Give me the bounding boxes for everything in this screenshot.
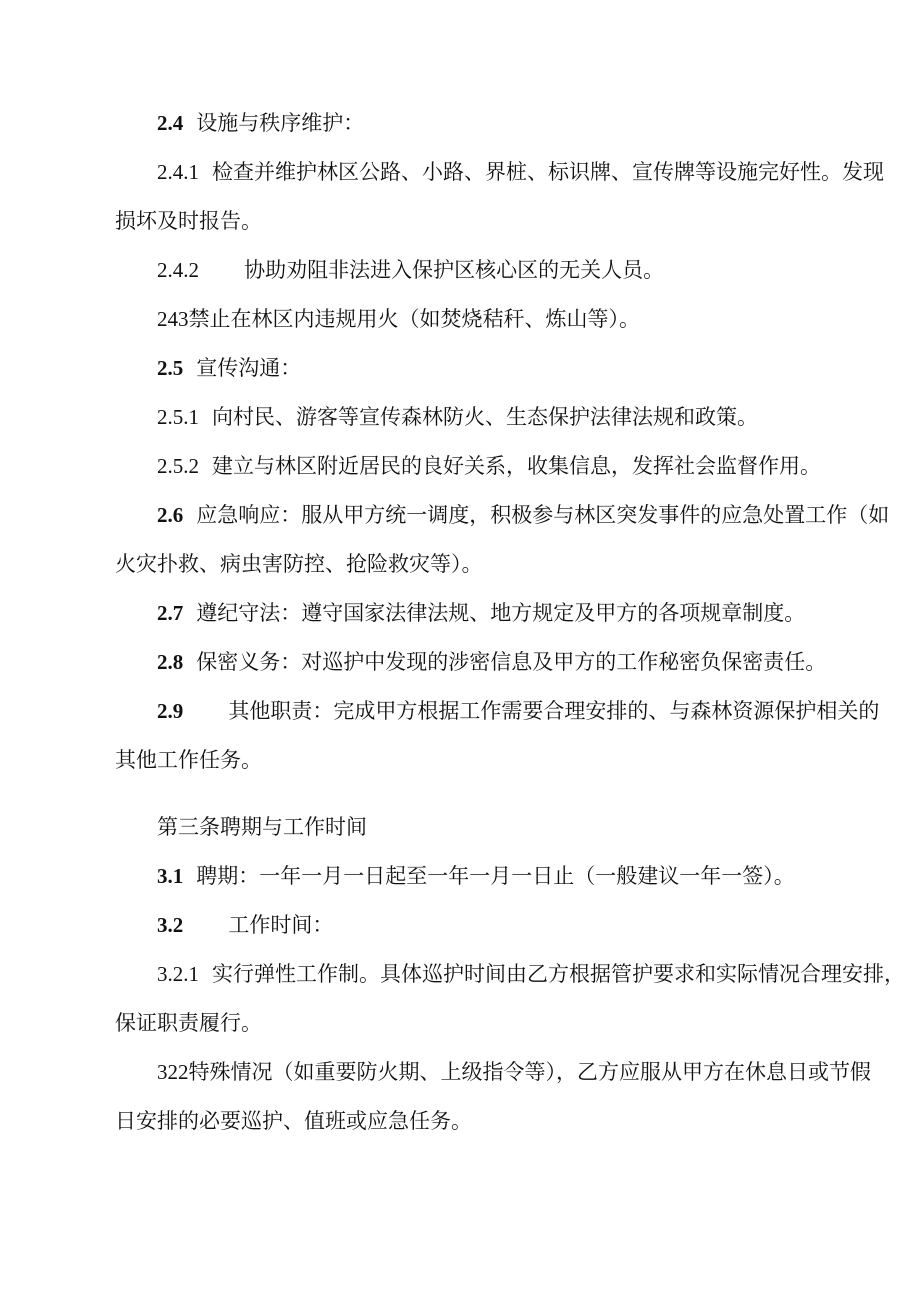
line-text: 应急响应：服从甲方统一调度，积极参与林区突发事件的应急处置工作（如 — [196, 503, 889, 527]
item-number: 2.5.2 — [157, 442, 199, 491]
item-number: 2.8 — [157, 638, 183, 687]
item-number: 2.6 — [157, 491, 183, 540]
line-text: 向村民、游客等宣传森林防火、生态保护法律法规和政策。 — [212, 405, 758, 429]
line-text: 检查并维护林区公路、小路、界桩、标识牌、宣传牌等设施完好性。发现 — [212, 160, 884, 184]
line-text: 322特殊情况（如重要防火期、上级指令等），乙方应服从甲方在休息日或节假 — [157, 1060, 871, 1084]
text-line: 243禁止在林区内违规用火（如焚烧秸秆、炼山等）。 — [115, 295, 875, 344]
line-text: 遵纪守法：遵守国家法律法规、地方规定及甲方的各项规章制度。 — [196, 601, 805, 625]
text-line: 2.9其他职责：完成甲方根据工作需要合理安排的、与森林资源保护相关的 — [115, 687, 875, 736]
text-line: 损坏及时报告。 — [115, 197, 875, 246]
line-text: 实行弹性工作制。具体巡护时间由乙方根据管护要求和实际情况合理安排， — [212, 962, 905, 986]
line-text: 工作时间： — [228, 913, 333, 937]
item-number: 2.5 — [157, 344, 183, 393]
text-line: 322特殊情况（如重要防火期、上级指令等），乙方应服从甲方在休息日或节假 — [115, 1048, 875, 1097]
line-text: 其他职责：完成甲方根据工作需要合理安排的、与森林资源保护相关的 — [228, 699, 879, 723]
item-number: 2.4.2 — [157, 246, 199, 295]
text-line: 2.5.1向村民、游客等宣传森林防火、生态保护法律法规和政策。 — [115, 393, 875, 442]
document-background: { "document": { "background_color": "#ff… — [0, 0, 920, 1301]
text-line: 2.7遵纪守法：遵守国家法律法规、地方规定及甲方的各项规章制度。 — [115, 589, 875, 638]
item-number: 3.1 — [157, 852, 183, 901]
section-heading-text: 第三条聘期与工作时间 — [157, 815, 367, 839]
text-line: 日安排的必要巡护、值班或应急任务。 — [115, 1097, 875, 1146]
line-text: 建立与林区附近居民的良好关系，收集信息，发挥社会监督作用。 — [212, 454, 821, 478]
text-line: 2.4.2协助劝阻非法进入保护区核心区的无关人员。 — [115, 246, 875, 295]
line-text: 火灾扑救、病虫害防控、抢险救灾等）。 — [115, 552, 483, 576]
document-page: 2.4设施与秩序维护：2.4.1检查并维护林区公路、小路、界桩、标识牌、宣传牌等… — [0, 0, 920, 1301]
line-text: 保密义务：对巡护中发现的涉密信息及甲方的工作秘密负保密责任。 — [196, 650, 826, 674]
text-line: 保证职责履行。 — [115, 999, 875, 1048]
line-text: 损坏及时报告。 — [115, 209, 262, 233]
item-number: 2.5.1 — [157, 393, 199, 442]
item-number: 3.2 — [157, 901, 183, 950]
line-text: 保证职责履行。 — [115, 1011, 262, 1035]
section-heading: 第三条聘期与工作时间 — [115, 803, 875, 852]
text-line: 2.5宣传沟通： — [115, 344, 875, 393]
document-body: 2.4设施与秩序维护：2.4.1检查并维护林区公路、小路、界桩、标识牌、宣传牌等… — [115, 99, 875, 1146]
item-number: 2.4 — [157, 99, 183, 148]
text-line: 3.2.1实行弹性工作制。具体巡护时间由乙方根据管护要求和实际情况合理安排， — [115, 950, 875, 999]
line-text: 设施与秩序维护： — [196, 111, 364, 135]
item-number: 2.7 — [157, 589, 183, 638]
text-line: 2.6应急响应：服从甲方统一调度，积极参与林区突发事件的应急处置工作（如 — [115, 491, 875, 540]
item-number: 3.2.1 — [157, 950, 199, 999]
text-line: 火灾扑救、病虫害防控、抢险救灾等）。 — [115, 540, 875, 589]
text-line: 2.5.2建立与林区附近居民的良好关系，收集信息，发挥社会监督作用。 — [115, 442, 875, 491]
line-text: 宣传沟通： — [196, 356, 301, 380]
text-line: 其他工作任务。 — [115, 736, 875, 785]
line-text: 其他工作任务。 — [115, 748, 262, 772]
text-line: 2.8保密义务：对巡护中发现的涉密信息及甲方的工作秘密负保密责任。 — [115, 638, 875, 687]
text-line: 3.2工作时间： — [115, 901, 875, 950]
line-text: 日安排的必要巡护、值班或应急任务。 — [115, 1109, 472, 1133]
line-text: 243禁止在林区内违规用火（如焚烧秸秆、炼山等）。 — [157, 307, 640, 331]
text-line: 3.1聘期：一年一月一日起至一年一月一日止（一般建议一年一签）。 — [115, 852, 875, 901]
line-text: 协助劝阻非法进入保护区核心区的无关人员。 — [244, 258, 664, 282]
line-text: 聘期：一年一月一日起至一年一月一日止（一般建议一年一签）。 — [196, 864, 795, 888]
item-number: 2.4.1 — [157, 148, 199, 197]
item-number: 2.9 — [157, 687, 183, 736]
text-line: 2.4设施与秩序维护： — [115, 99, 875, 148]
text-line: 2.4.1检查并维护林区公路、小路、界桩、标识牌、宣传牌等设施完好性。发现 — [115, 148, 875, 197]
